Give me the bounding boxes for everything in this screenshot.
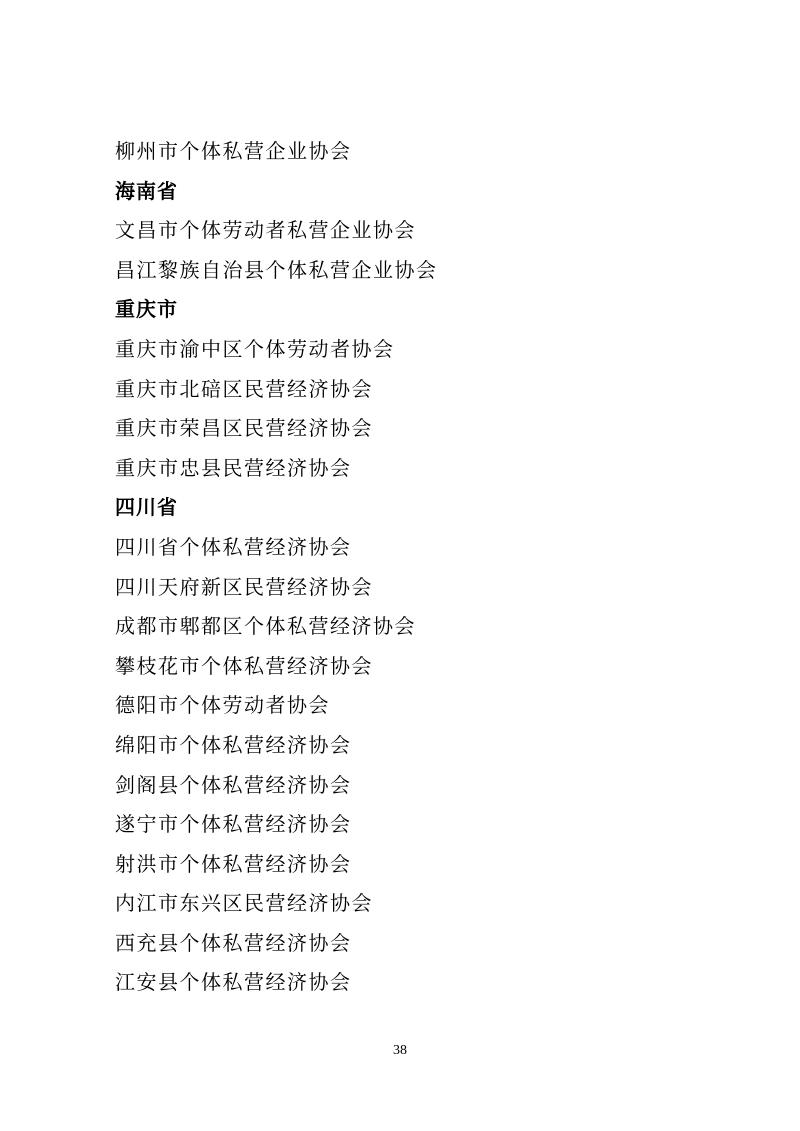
association-item: 昌江黎族自治县个体私营企业协会 <box>115 252 760 292</box>
association-item: 遂宁市个体私营经济协会 <box>115 806 760 846</box>
association-item: 内江市东兴区民营经济协会 <box>115 885 760 925</box>
document-body: 柳州市个体私营企业协会 海南省 文昌市个体劳动者私营企业协会 昌江黎族自治县个体… <box>115 133 760 1004</box>
association-item: 柳州市个体私营企业协会 <box>115 133 760 173</box>
association-item: 射洪市个体私营经济协会 <box>115 846 760 886</box>
association-item: 重庆市北碚区民营经济协会 <box>115 371 760 411</box>
association-item: 四川省个体私营经济协会 <box>115 529 760 569</box>
association-item: 攀枝花市个体私营经济协会 <box>115 648 760 688</box>
association-item: 剑阁县个体私营经济协会 <box>115 767 760 807</box>
association-item: 重庆市渝中区个体劳动者协会 <box>115 331 760 371</box>
association-item: 西充县个体私营经济协会 <box>115 925 760 965</box>
association-item: 江安县个体私营经济协会 <box>115 964 760 1004</box>
association-item: 德阳市个体劳动者协会 <box>115 687 760 727</box>
association-item: 四川天府新区民营经济协会 <box>115 569 760 609</box>
province-heading-sichuan: 四川省 <box>115 489 760 529</box>
province-heading-chongqing: 重庆市 <box>115 291 760 331</box>
association-item: 成都市郫都区个体私营经济协会 <box>115 608 760 648</box>
province-heading-hainan: 海南省 <box>115 173 760 213</box>
association-item: 重庆市忠县民营经济协会 <box>115 450 760 490</box>
association-item: 文昌市个体劳动者私营企业协会 <box>115 212 760 252</box>
association-item: 重庆市荣昌区民营经济协会 <box>115 410 760 450</box>
association-item: 绵阳市个体私营经济协会 <box>115 727 760 767</box>
document-page: 柳州市个体私营企业协会 海南省 文昌市个体劳动者私营企业协会 昌江黎族自治县个体… <box>0 0 800 1131</box>
page-number: 38 <box>0 1043 800 1059</box>
